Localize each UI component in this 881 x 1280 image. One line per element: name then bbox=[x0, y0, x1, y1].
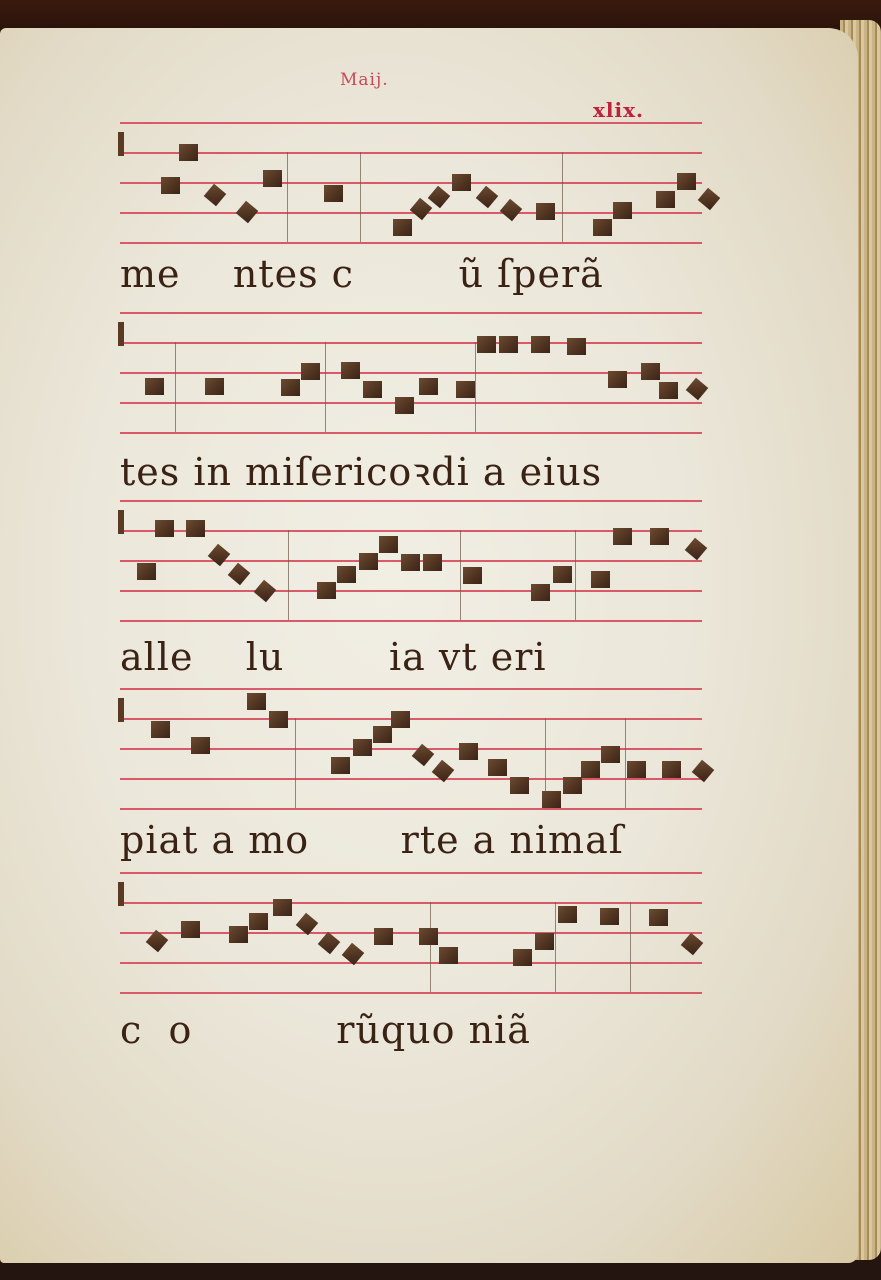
neume-note bbox=[456, 381, 475, 398]
staff-line bbox=[120, 182, 702, 184]
bar-line bbox=[430, 902, 431, 992]
neume-note bbox=[263, 170, 282, 187]
neume-note bbox=[613, 202, 632, 219]
neume-note bbox=[145, 378, 164, 395]
bar-line bbox=[325, 342, 326, 432]
staff-line bbox=[120, 778, 702, 780]
neume-note bbox=[608, 371, 627, 388]
staff-line bbox=[120, 872, 702, 874]
clef-icon bbox=[118, 322, 124, 346]
bar-line bbox=[360, 152, 361, 242]
neume-note bbox=[650, 528, 669, 545]
neume-note bbox=[229, 926, 248, 943]
staff-line bbox=[120, 590, 702, 592]
staff-line bbox=[120, 342, 702, 344]
staff-line bbox=[120, 620, 702, 622]
neume-note bbox=[477, 336, 496, 353]
clef-icon bbox=[118, 882, 124, 906]
bar-line bbox=[295, 718, 296, 808]
neume-note bbox=[161, 177, 180, 194]
neume-note bbox=[499, 336, 518, 353]
neume-note bbox=[459, 743, 478, 760]
clef-icon bbox=[118, 510, 124, 534]
neume-note bbox=[463, 567, 482, 584]
neume-note bbox=[337, 566, 356, 583]
neume-note bbox=[419, 378, 438, 395]
neume-note bbox=[423, 554, 442, 571]
staff-line bbox=[120, 992, 702, 994]
staff-line bbox=[120, 152, 702, 154]
bar-line bbox=[555, 902, 556, 992]
neume-note bbox=[273, 899, 292, 916]
neume-note bbox=[452, 174, 471, 191]
neume-note bbox=[179, 144, 198, 161]
neume-note bbox=[567, 338, 586, 355]
neume-note bbox=[155, 520, 174, 537]
neume-note bbox=[591, 571, 610, 588]
neume-note bbox=[439, 947, 458, 964]
bar-line bbox=[475, 342, 476, 432]
neume-note bbox=[581, 761, 600, 778]
neume-note bbox=[249, 913, 268, 930]
lyric-line: alle lu ia vt eri bbox=[120, 635, 720, 681]
neume-note bbox=[341, 362, 360, 379]
neume-note bbox=[269, 711, 288, 728]
neume-note bbox=[531, 336, 550, 353]
neume-note bbox=[659, 382, 678, 399]
neume-note bbox=[281, 379, 300, 396]
rubric-month: Maij. bbox=[340, 70, 389, 90]
clef-icon bbox=[118, 698, 124, 722]
neume-note bbox=[186, 520, 205, 537]
neume-note bbox=[331, 757, 350, 774]
neume-note bbox=[662, 761, 681, 778]
neume-note bbox=[353, 739, 372, 756]
lyric-line: me ntes c ũ ſperã bbox=[120, 252, 720, 298]
staff-line bbox=[120, 688, 702, 690]
bar-line bbox=[288, 530, 289, 620]
neume-note bbox=[600, 908, 619, 925]
neume-note bbox=[191, 737, 210, 754]
bar-line bbox=[575, 530, 576, 620]
neume-note bbox=[374, 928, 393, 945]
staff-line bbox=[120, 962, 702, 964]
neume-note bbox=[391, 711, 410, 728]
neume-note bbox=[395, 397, 414, 414]
bar-line bbox=[562, 152, 563, 242]
neume-note bbox=[419, 928, 438, 945]
staff-line bbox=[120, 242, 702, 244]
neume-note bbox=[151, 721, 170, 738]
neume-note bbox=[301, 363, 320, 380]
neume-note bbox=[641, 363, 660, 380]
neume-note bbox=[542, 791, 561, 808]
bar-line bbox=[175, 342, 176, 432]
neume-note bbox=[649, 909, 668, 926]
bar-line bbox=[630, 902, 631, 992]
lyric-line: c o rũquo niã bbox=[120, 1008, 720, 1054]
neume-note bbox=[531, 584, 550, 601]
neume-note bbox=[627, 761, 646, 778]
lyric-line: tes in miſericoꝛdi a eius bbox=[120, 445, 720, 491]
neume-note bbox=[181, 921, 200, 938]
neume-note bbox=[247, 693, 266, 710]
neume-note bbox=[393, 219, 412, 236]
staff-line bbox=[120, 432, 702, 434]
neume-note bbox=[563, 777, 582, 794]
neume-note bbox=[379, 536, 398, 553]
neume-note bbox=[553, 566, 572, 583]
staff-line bbox=[120, 500, 702, 502]
staff-line bbox=[120, 808, 702, 810]
neume-note bbox=[601, 746, 620, 763]
neume-note bbox=[656, 191, 675, 208]
staff-line bbox=[120, 718, 702, 720]
neume-note bbox=[317, 582, 336, 599]
neume-note bbox=[558, 906, 577, 923]
staff-5 bbox=[120, 872, 702, 992]
neume-note bbox=[205, 378, 224, 395]
bar-line bbox=[460, 530, 461, 620]
bar-line bbox=[287, 152, 288, 242]
bar-line bbox=[625, 718, 626, 808]
neume-note bbox=[359, 553, 378, 570]
neume-note bbox=[363, 381, 382, 398]
staff-line bbox=[120, 312, 702, 314]
neume-note bbox=[373, 726, 392, 743]
neume-note bbox=[535, 933, 554, 950]
neume-note bbox=[488, 759, 507, 776]
neume-note bbox=[137, 563, 156, 580]
neume-note bbox=[401, 554, 420, 571]
staff-line bbox=[120, 932, 702, 934]
neume-note bbox=[513, 949, 532, 966]
neume-note bbox=[510, 777, 529, 794]
neume-note bbox=[324, 185, 343, 202]
staff-line bbox=[120, 122, 702, 124]
staff-line bbox=[120, 902, 702, 904]
neume-note bbox=[613, 528, 632, 545]
neume-note bbox=[536, 203, 555, 220]
clef-icon bbox=[118, 132, 124, 156]
neume-note bbox=[677, 173, 696, 190]
folio-number: xlix. bbox=[593, 98, 644, 122]
lyric-line: piat a mo rte a nimaſ bbox=[120, 818, 720, 864]
neume-note bbox=[593, 219, 612, 236]
